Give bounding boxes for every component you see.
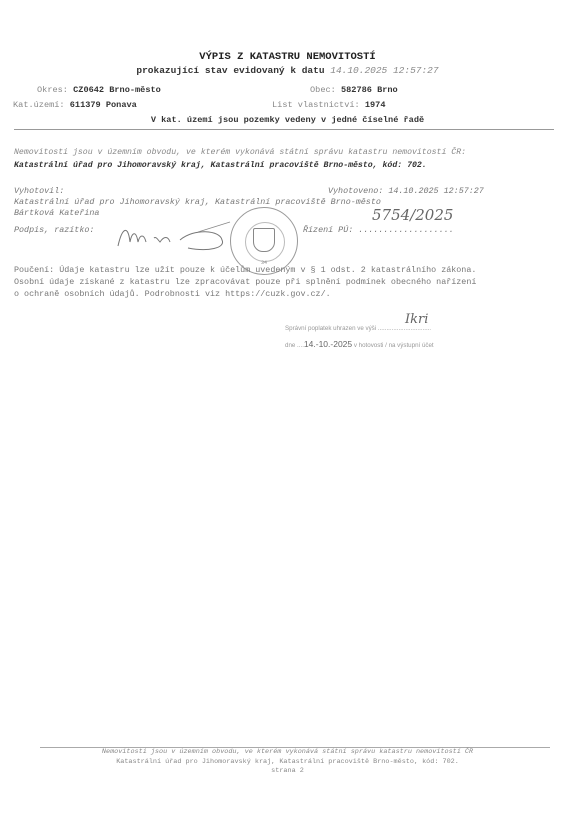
footer-line-1: Nemovitosti jsou v územním obvodu, ve kt… [0,748,575,756]
proceeding-dots: ................... [358,225,454,235]
prepared-person: Bártková Kateřina [14,208,99,218]
list-row: List vlastnictví: 1974 [272,100,385,110]
prepared-on-label: Vyhotoveno: [328,186,383,196]
obec-value: 582786 Brno [341,85,398,95]
footer-page-number: strana 2 [0,767,575,775]
kat-uzemi-label: Kat.území: [13,100,65,110]
prepared-by-label: Vyhotovil: [14,186,64,196]
subtitle-prefix: prokazující stav evidovaný k datu [136,65,324,76]
prepared-office: Katastrální úřad pro Jihomoravský kraj, … [14,197,381,207]
divider-top [14,129,554,130]
okres-row: Okres: CZ0642 Brno-město [37,85,161,95]
notice-line-3: o ochraně osobních údajů. Podrobnosti vi… [14,289,331,299]
prepared-on: Vyhotoveno: 14.10.2025 12:57:27 [328,186,484,196]
handwritten-signature-icon [110,218,240,258]
list-value: 1974 [365,100,386,110]
document-subtitle: prokazující stav evidovaný k datu 14.10.… [0,65,575,76]
obec-row: Obec: 582786 Brno [310,85,398,95]
list-label: List vlastnictví: [272,100,360,110]
authority-line-1: Nemovitosti jsou v územním obvodu, ve kt… [14,148,466,157]
kat-uzemi-value: 611379 Ponava [70,100,137,110]
proceeding-label: Řízení PÚ: [303,225,353,235]
authority-line-2: Katastrální úřad pro Jihomoravský kraj, … [14,161,427,170]
proceeding-handwritten-number: 5754/2025 [372,206,453,224]
coat-of-arms-icon [253,228,275,252]
fee-line-1: Správní poplatek uhrazen ve výši .......… [285,325,431,332]
okres-label: Okres: [37,85,68,95]
fee-line-2: dne ....14.-10.-2025 v hotovosti / na vý… [285,339,434,349]
fee-date: 14.-10.-2025 [304,339,352,349]
obec-label: Obec: [310,85,336,95]
fee-payment-method: v hotovosti / na výstupní účet [352,342,434,349]
notice-line-2: Osobní údaje získané z katastru lze zpra… [14,277,476,287]
parcel-series-note: V kat. území jsou pozemky vedeny v jedné… [0,115,575,125]
footer-line-2: Katastrální úřad pro Jihomoravský kraj, … [0,758,575,766]
subtitle-datetime: 14.10.2025 12:57:27 [330,65,438,76]
signature-label: Podpis, razítko: [14,225,94,235]
okres-value: CZ0642 Brno-město [73,85,161,95]
prepared-on-value: 14.10.2025 12:57:27 [388,186,484,196]
proceeding: Řízení PÚ: ................... [303,225,454,235]
notice-line-1: Poučení: Údaje katastru lze užít pouze k… [14,265,476,275]
fee-date-prefix: dne .... [285,342,304,349]
document-title: VÝPIS Z KATASTRU NEMOVITOSTÍ [0,51,575,63]
kat-uzemi-row: Kat.území: 611379 Ponava [13,100,137,110]
